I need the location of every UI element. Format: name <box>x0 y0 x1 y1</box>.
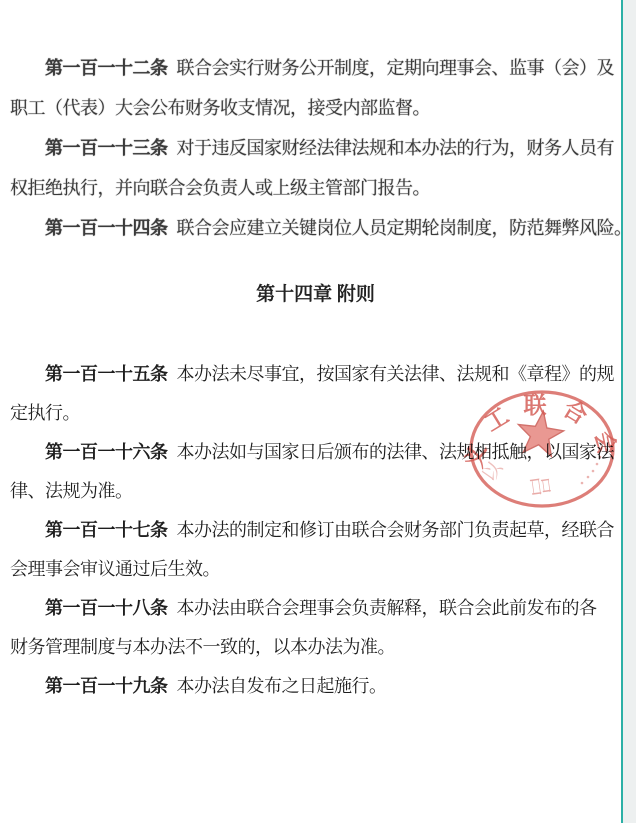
article-number: 第一百一十六条 <box>45 442 168 462</box>
article-number: 第一百一十二条 <box>45 58 168 78</box>
official-red-seal: 义工联合会 以 吕 <box>462 383 622 515</box>
doc-line: 会理事会审议通过后生效。 <box>10 550 621 589</box>
article-number: 第一百一十七条 <box>45 520 168 540</box>
doc-line: 第一百一十七条本办法的制定和修订由联合会财务部门负责起草，经联合 <box>10 511 621 550</box>
article-number: 第一百一十九条 <box>45 676 168 696</box>
articles-112-114: 第一百一十二条联合会实行财务公开制度，定期向理事会、监事（会）及 职工（代表）大… <box>10 48 621 248</box>
doc-line: 第一百一十三条对于违反国家财经法律法规和本办法的行为，财务人员有 <box>10 128 621 168</box>
article-text: 定执行。 <box>10 403 80 423</box>
article-number: 第一百一十三条 <box>45 138 168 158</box>
article-text: 联合会实行财务公开制度，定期向理事会、监事（会）及 <box>177 58 615 78</box>
page-right-margin-strip <box>623 0 636 823</box>
article-text: 会理事会审议通过后生效。 <box>10 559 220 579</box>
article-text: 对于违反国家财经法律法规和本办法的行为，财务人员有 <box>177 138 615 158</box>
document-page: { "page": { "background": "#ffffff", "ed… <box>0 0 636 823</box>
article-number: 第一百一十八条 <box>45 598 168 618</box>
doc-line: 第一百一十八条本办法由联合会理事会负责解释，联合会此前发布的各 <box>10 589 621 628</box>
article-text: 本办法未尽事宜，按国家有关法律、法规和《章程》的规 <box>177 364 615 384</box>
article-number: 第一百一十四条 <box>45 218 168 238</box>
article-text: 律、法规为准。 <box>10 481 133 501</box>
article-text: 本办法由联合会理事会负责解释，联合会此前发布的各 <box>177 598 597 618</box>
article-text: 本办法自发布之日起施行。 <box>177 676 387 696</box>
seal-bottom-mark: 吕 <box>526 473 554 498</box>
doc-line: 第一百一十二条联合会实行财务公开制度，定期向理事会、监事（会）及 <box>10 48 621 88</box>
article-text: 权拒绝执行，并向联合会负责人或上级主管部门报告。 <box>10 178 430 198</box>
article-number: 第一百一十五条 <box>45 364 168 384</box>
article-text: 财务管理制度与本办法不一致的，以本办法为准。 <box>10 637 395 657</box>
doc-line: 权拒绝执行，并向联合会负责人或上级主管部门报告。 <box>10 168 621 208</box>
text-block: 第一百一十二条联合会实行财务公开制度，定期向理事会、监事（会）及 职工（代表）大… <box>0 48 621 706</box>
doc-line: 第一百一十九条本办法自发布之日起施行。 <box>10 667 621 706</box>
article-text: 联合会应建立关键岗位人员定期轮岗制度，防范舞弊风险。 <box>177 218 622 238</box>
doc-line: 职工（代表）大会公布财务收支情况，接受内部监督。 <box>10 88 621 128</box>
article-text: 本办法的制定和修订由联合会财务部门负责起草，经联合 <box>177 520 615 540</box>
doc-line: 第一百一十四条联合会应建立关键岗位人员定期轮岗制度，防范舞弊风险。 <box>10 208 621 248</box>
doc-line: 财务管理制度与本办法不一致的，以本办法为准。 <box>10 628 621 667</box>
chapter-heading: 第十四章 附则 <box>10 275 621 315</box>
article-text: 职工（代表）大会公布财务收支情况，接受内部监督。 <box>10 98 430 118</box>
